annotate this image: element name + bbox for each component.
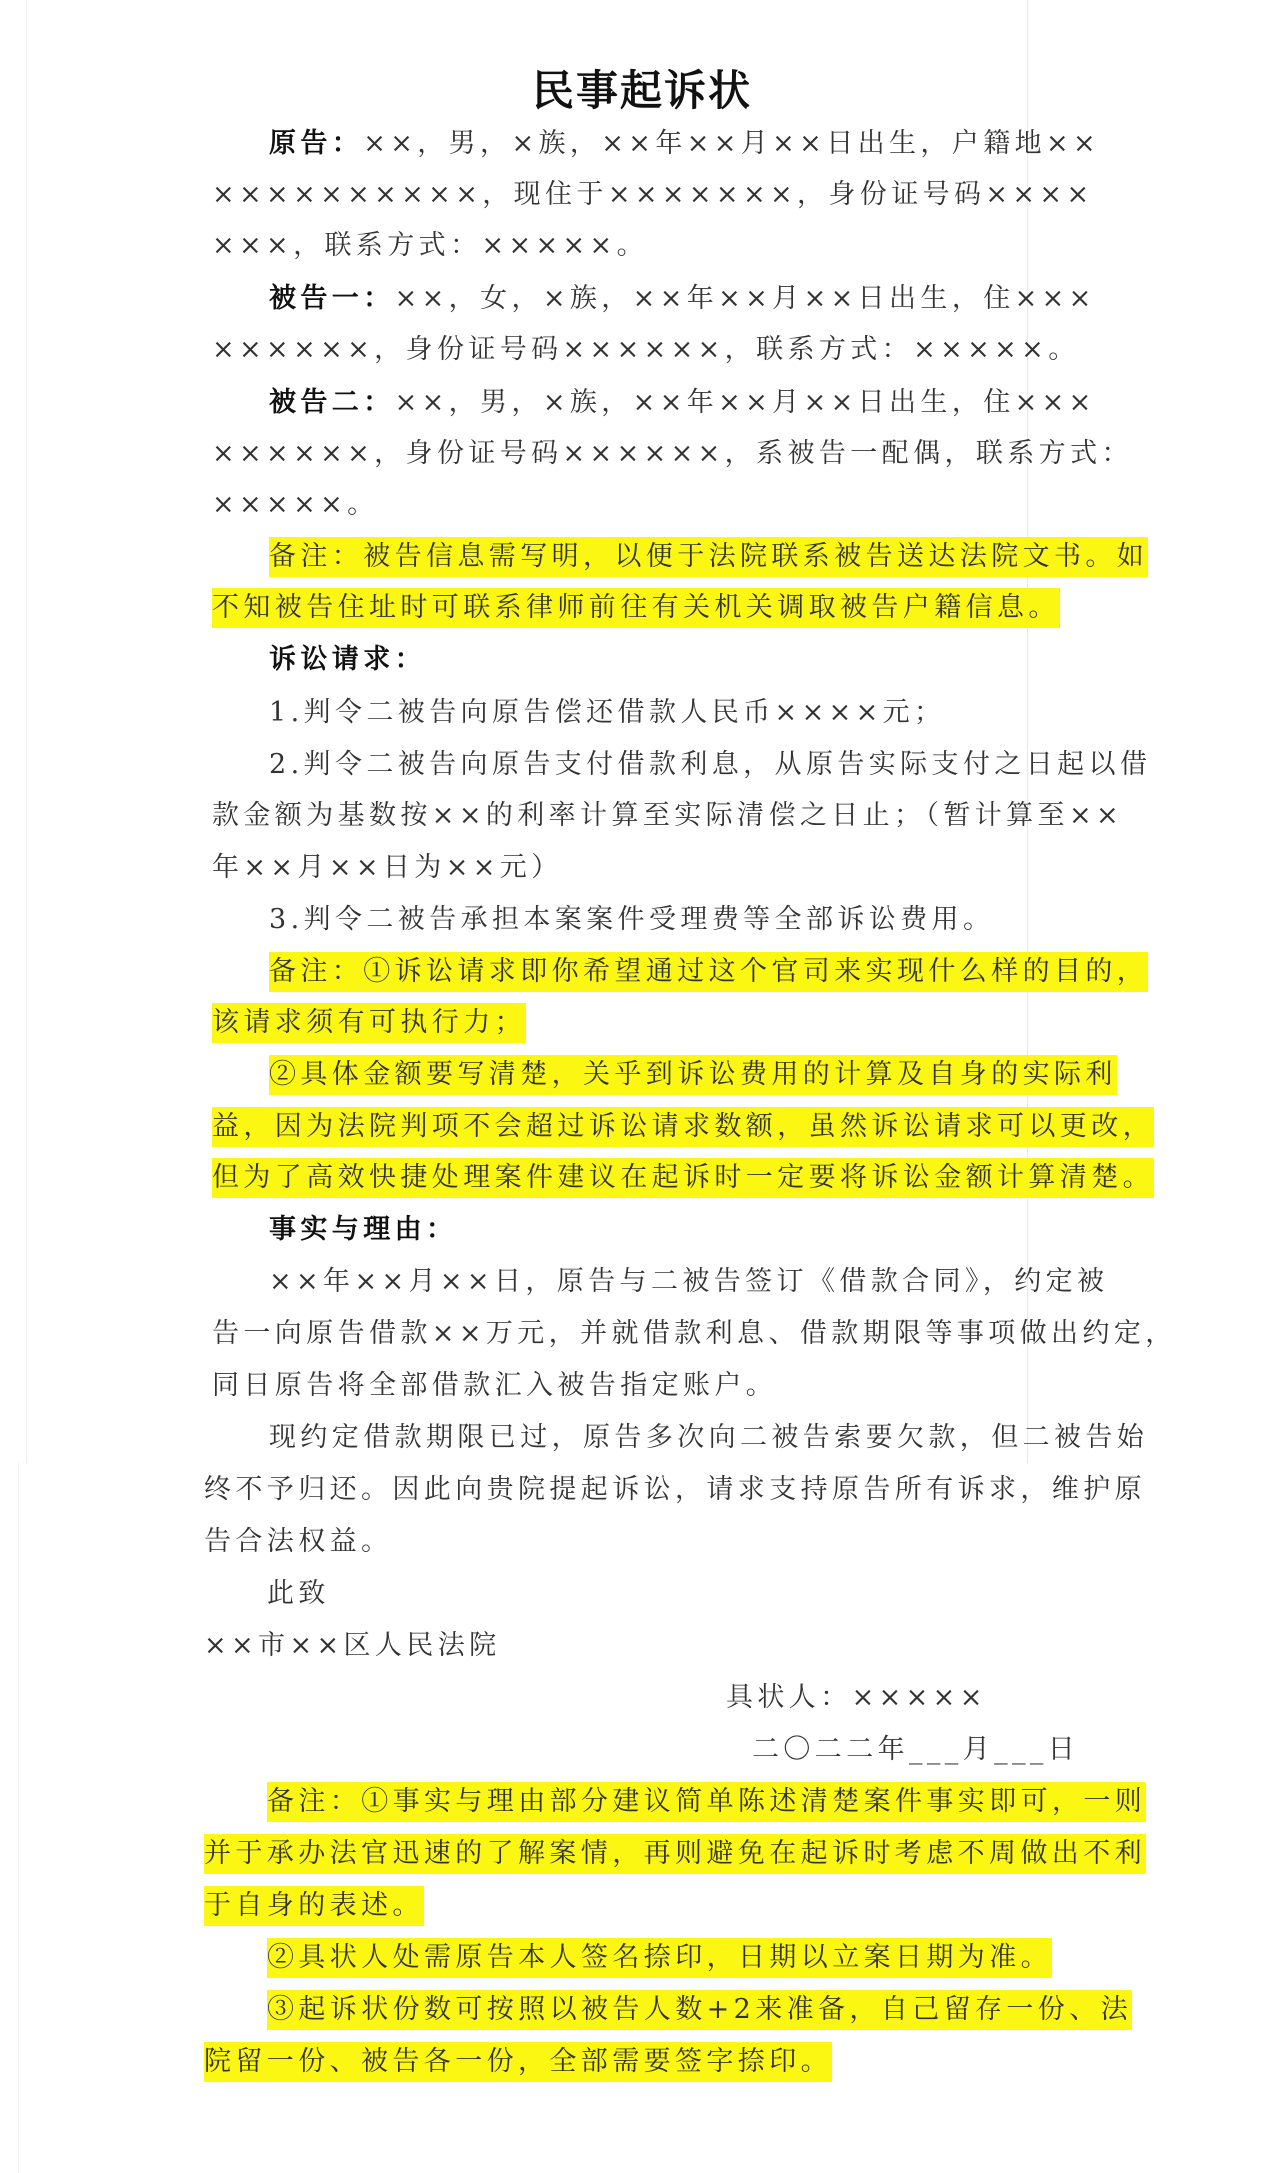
note3-line-4: ②具状人处需原告本人签名捺印，日期以立案日期为准。: [267, 1938, 1052, 1978]
note2-line-3: ②具体金额要写清楚，关乎到诉讼费用的计算及自身的实际利: [269, 1055, 1117, 1095]
note1-line-1: 备注：被告信息需写明，以便于法院联系被告送达法院文书。如: [269, 537, 1148, 577]
defendant1-label: 被告一：: [269, 283, 395, 314]
note3-line-1: 备注：①事实与理由部分建议简单陈述清楚案件事实即可，一则: [267, 1782, 1146, 1822]
facts-line-3: 同日原告将全部借款汇入被告指定账户。: [212, 1366, 777, 1406]
facts-line-5: 终不予归还。因此向贵院提起诉讼，请求支持原告所有诉求，维护原: [204, 1470, 1146, 1510]
claim-line-5: 3.判令二被告承担本案案件受理费等全部诉讼费用。: [269, 900, 994, 940]
note2-line-4: 益，因为法院判项不会超过诉讼请求数额，虽然诉讼请求可以更改，: [212, 1107, 1154, 1147]
defendant2-label: 被告二：: [269, 387, 395, 418]
facts-line-2: 告一向原告借款××万元，并就借款利息、借款期限等事项做出约定，: [212, 1314, 1177, 1354]
defendant2-line-3: ×××××。: [212, 485, 379, 525]
plaintiff-line-1: 原告：××，男，×族，××年××月××日出生，户籍地××: [269, 124, 1100, 164]
note3-line-5: ③起诉状份数可按照以被告人数+2来准备，自己留存一份、法: [267, 1990, 1132, 2030]
closing-date: 二〇二二年___月___日: [752, 1730, 1079, 1770]
claim-line-4: 年××月××日为××元）: [212, 848, 563, 888]
note3-line-2: 并于承办法官迅速的了解案情，再则避免在起诉时考虑不周做出不利: [204, 1834, 1146, 1874]
note3-line-3: 于自身的表述。: [204, 1886, 424, 1926]
defendant2-line-1: 被告二：××，男，×族，××年××月××日出生，住×××: [269, 383, 1096, 423]
defendant2-line-2: ××××××，身份证号码××××××，系被告一配偶，联系方式：: [212, 434, 1133, 474]
claim-line-1: 1.判令二被告向原告偿还借款人民币××××元；: [269, 693, 945, 733]
plaintiff-line-3: ×××，联系方式：×××××。: [212, 226, 648, 266]
facts-line-6: 告合法权益。: [204, 1522, 392, 1562]
document-title: 民事起诉状: [212, 58, 1072, 118]
facts-line-1: ××年××月××日，原告与二被告签订《借款合同》，约定被: [269, 1262, 1108, 1302]
defendant1-line-2: ××××××，身份证号码××××××，联系方式：×××××。: [212, 330, 1080, 370]
facts-heading: 事实与理由：: [269, 1210, 457, 1250]
claims-heading: 诉讼请求：: [269, 640, 426, 680]
facts-line-4: 现约定借款期限已过，原告多次向二被告索要欠款，但二被告始: [269, 1418, 1148, 1458]
claim-line-3: 款金额为基数按××的利率计算至实际清偿之日止；（暂计算至××: [212, 796, 1123, 836]
note2-line-1: 备注：①诉讼请求即你希望通过这个官司来实现什么样的目的，: [269, 952, 1148, 992]
closing-court: ××市××区人民法院: [204, 1626, 501, 1666]
note1-line-2: 不知被告住址时可联系律师前往有关机关调取被告户籍信息。: [212, 588, 1060, 628]
claim-line-2: 2.判令二被告向原告支付借款利息，从原告实际支付之日起以借: [269, 745, 1151, 785]
plaintiff-label: 原告：: [269, 128, 363, 159]
note2-line-5: 但为了高效快捷处理案件建议在起诉时一定要将诉讼金额计算清楚。: [212, 1158, 1154, 1198]
note2-line-2: 该请求须有可执行力；: [212, 1003, 526, 1043]
defendant1-line-1: 被告一：××，女，×族，××年××月××日出生，住×××: [269, 279, 1096, 319]
plaintiff-line-2: ××××××××××，现住于×××××××，身份证号码××××: [212, 175, 1093, 215]
note3-line-6: 院留一份、被告各一份，全部需要签字捺印。: [204, 2042, 832, 2082]
closing-signer: 具状人：×××××: [726, 1678, 987, 1718]
closing-salutation: 此致: [267, 1574, 330, 1614]
